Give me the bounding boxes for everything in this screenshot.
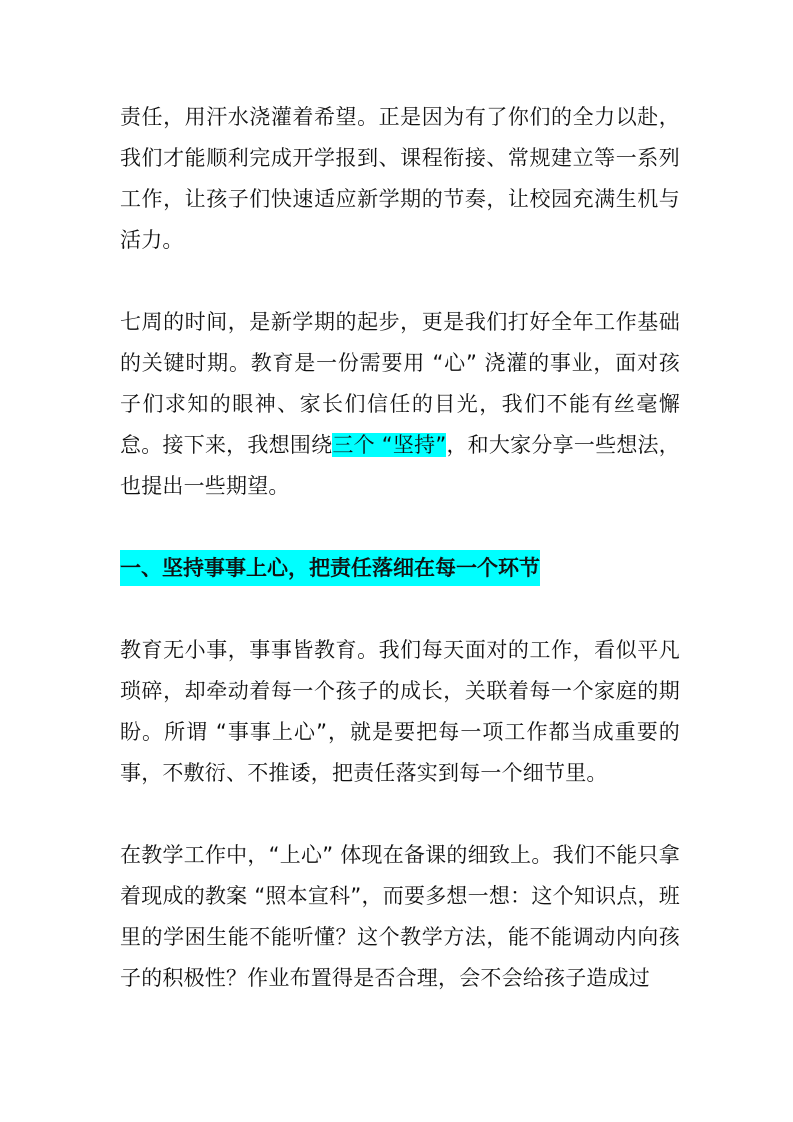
paragraph-gap (120, 507, 680, 548)
paragraph-education: 教育无小事，事事皆教育。我们每天面对的工作，看似平凡琐碎，却牵动着每一个孩子的成… (120, 630, 680, 794)
section-heading: 一、坚持事事上心，把责任落细在每一个环节 (120, 548, 680, 589)
highlighted-phrase: 三个 “坚持” (332, 433, 446, 457)
paragraph-teaching: 在教学工作中，“上心” 体现在备课的细致上。我们不能只拿着现成的教案 “照本宣科… (120, 835, 680, 999)
paragraph-gratitude: 责任，用汗水浇灌着希望。正是因为有了你们的全力以赴，我们才能顺利完成开学报到、课… (120, 97, 680, 261)
paragraph-gap (120, 794, 680, 835)
paragraph-gap (120, 261, 680, 302)
document-page: 责任，用汗水浇灌着希望。正是因为有了你们的全力以赴，我们才能顺利完成开学报到、课… (120, 97, 680, 999)
paragraph-gap (120, 589, 680, 630)
section-heading-text: 一、坚持事事上心，把责任落细在每一个环节 (120, 550, 540, 586)
paragraph-seven-weeks: 七周的时间，是新学期的起步，更是我们打好全年工作基础的关键时期。教育是一份需要用… (120, 302, 680, 507)
